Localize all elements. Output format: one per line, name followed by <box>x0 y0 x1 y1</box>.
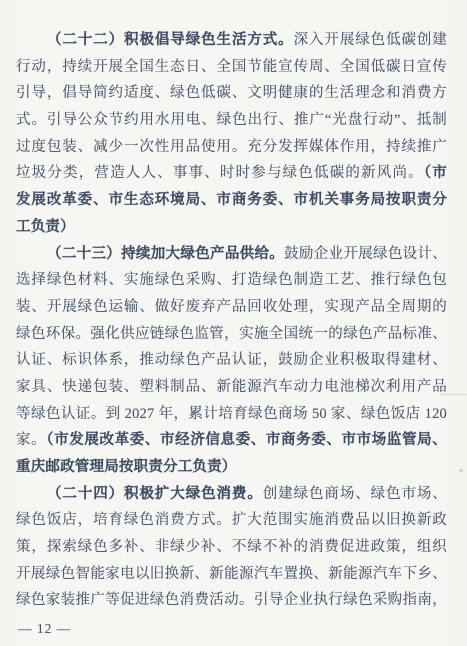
text-line: （二十三）持续加大绿色产品供给。鼓励企业开展绿色设计、 <box>16 241 447 268</box>
text-line: 绿色环保。强化供应链绿色监管，实施全国统一的绿色产品标准、 <box>16 321 447 348</box>
text-line: 过度包装、减少一次性用品使用。充分发挥媒体作用，持续推广 <box>16 134 447 161</box>
text-segment-normal: 式。引导公众节约用水用电、绿色出行、推广“光盘行动”、抵制 <box>16 112 447 128</box>
text-segment-normal: 行动，持续开展全国生态日、全国节能宣传周、全国低碳日宣传 <box>16 59 447 75</box>
text-segment-normal: 深入开展绿色低碳创建 <box>294 32 447 48</box>
text-line: 装、开展绿色运输、做好废弃产品回收处理，实现产品全周期的 <box>16 294 447 321</box>
text-line: 等绿色认证。到 2027 年，累计培育绿色商场 50 家、绿色饭店 120 <box>16 401 447 428</box>
text-segment-normal: 鼓励企业开展绿色设计、 <box>284 246 447 262</box>
text-line: 家具、快递包装、塑料制品、新能源汽车动力电池梯次利用产品 <box>16 374 447 401</box>
text-segment-normal: 等绿色认证。到 2027 年，累计培育绿色商场 50 家、绿色饭店 120 <box>16 406 447 422</box>
text-line: 发展改革委、市生态环境局、市商务委、市机关事务局按职责分 <box>16 187 447 214</box>
text-segment-kai: 工负责） <box>16 219 75 235</box>
text-segment-kai: 重庆邮政管理局按职责分工负责） <box>16 459 237 475</box>
text-line: 引导，倡导简约适度、绿色低碳、文明健康的生活理念和消费方 <box>16 80 447 107</box>
text-segment-normal: 绿色环保。强化供应链绿色监管，实施全国统一的绿色产品标准、 <box>16 326 447 342</box>
text-line: 选择绿色材料、实施绿色采购、打造绿色制造工艺、推行绿色包 <box>16 267 447 294</box>
text-line: 行动，持续开展全国生态日、全国节能宣传周、全国低碳日宣传 <box>16 54 447 81</box>
text-segment-kai: 发展改革委、市生态环境局、市商务委、市机关事务局按职责分 <box>16 192 447 208</box>
text-segment-normal: 家具、快递包装、塑料制品、新能源汽车动力电池梯次利用产品 <box>16 379 447 395</box>
text-segment-normal: 家。 <box>16 432 46 448</box>
text-segment-kai: （市 <box>424 165 447 181</box>
document-text: （二十二）积极倡导绿色生活方式。深入开展绿色低碳创建行动，持续开展全国生态日、全… <box>16 27 447 614</box>
text-segment-normal: 过度包装、减少一次性用品使用。充分发挥媒体作用，持续推广 <box>16 139 447 155</box>
text-line: 工负责） <box>16 214 447 241</box>
text-line: 重庆邮政管理局按职责分工负责） <box>16 454 447 481</box>
text-segment-kai: （市发展改革委、市经济信息委、市商务委、市市场监管局、 <box>46 432 447 448</box>
text-segment-normal: 开展绿色智能家电以旧换新、新能源汽车置换、新能源汽车下乡、 <box>16 566 447 582</box>
text-line: 家。（市发展改革委、市经济信息委、市商务委、市市场监管局、 <box>16 427 447 454</box>
text-segment-normal: 创建绿色商场、绿色市场、 <box>263 486 447 502</box>
text-line: 垃圾分类，营造人人、事事、时时参与绿色低碳的新风尚。（市 <box>16 160 447 187</box>
text-segment-normal: 引导，倡导简约适度、绿色低碳、文明健康的生活理念和消费方 <box>16 85 447 101</box>
text-segment-normal: 装、开展绿色运输、做好废弃产品回收处理，实现产品全周期的 <box>16 299 447 315</box>
page-number: — 12 — <box>18 620 138 638</box>
text-line: 开展绿色智能家电以旧换新、新能源汽车置换、新能源汽车下乡、 <box>16 561 447 588</box>
scan-artifact-speck <box>459 469 463 472</box>
text-line: 认证、标识体系，推动绿色产品认证，鼓励企业积极取得建材、 <box>16 347 447 374</box>
text-segment-normal: 绿色饭店，培育绿色消费方式。扩大范围实施消费品以旧换新政 <box>16 512 447 528</box>
text-line: （二十二）积极倡导绿色生活方式。深入开展绿色低碳创建 <box>16 27 447 54</box>
text-line: 绿色饭店，培育绿色消费方式。扩大范围实施消费品以旧换新政 <box>16 507 447 534</box>
text-segment-bold: （二十三）持续加大绿色产品供给。 <box>47 246 284 262</box>
text-line: 策，探索绿色多补、非绿少补、不绿不补的消费促进政策，组织 <box>16 534 447 561</box>
text-line: 绿色家装推广等促进绿色消费活动。引导企业执行绿色采购指南， <box>16 587 447 614</box>
text-segment-normal: 选择绿色材料、实施绿色采购、打造绿色制造工艺、推行绿色包 <box>16 272 447 288</box>
text-line: 式。引导公众节约用水用电、绿色出行、推广“光盘行动”、抵制 <box>16 107 447 134</box>
scanned-document-page: （二十二）积极倡导绿色生活方式。深入开展绿色低碳创建行动，持续开展全国生态日、全… <box>0 0 467 646</box>
scan-artifact-line <box>441 394 467 395</box>
text-segment-normal: 认证、标识体系，推动绿色产品认证，鼓励企业积极取得建材、 <box>16 352 447 368</box>
text-segment-normal: 策，探索绿色多补、非绿少补、不绿不补的消费促进政策，组织 <box>16 539 447 555</box>
text-segment-normal: 绿色家装推广等促进绿色消费活动。引导企业执行绿色采购指南， <box>16 592 447 608</box>
text-segment-bold: （二十四）积极扩大绿色消费。 <box>47 486 263 502</box>
text-line: （二十四）积极扩大绿色消费。创建绿色商场、绿色市场、 <box>16 481 447 508</box>
text-segment-normal: 垃圾分类，营造人人、事事、时时参与绿色低碳的新风尚。 <box>16 165 424 181</box>
text-segment-bold: （二十二）积极倡导绿色生活方式。 <box>47 32 294 48</box>
